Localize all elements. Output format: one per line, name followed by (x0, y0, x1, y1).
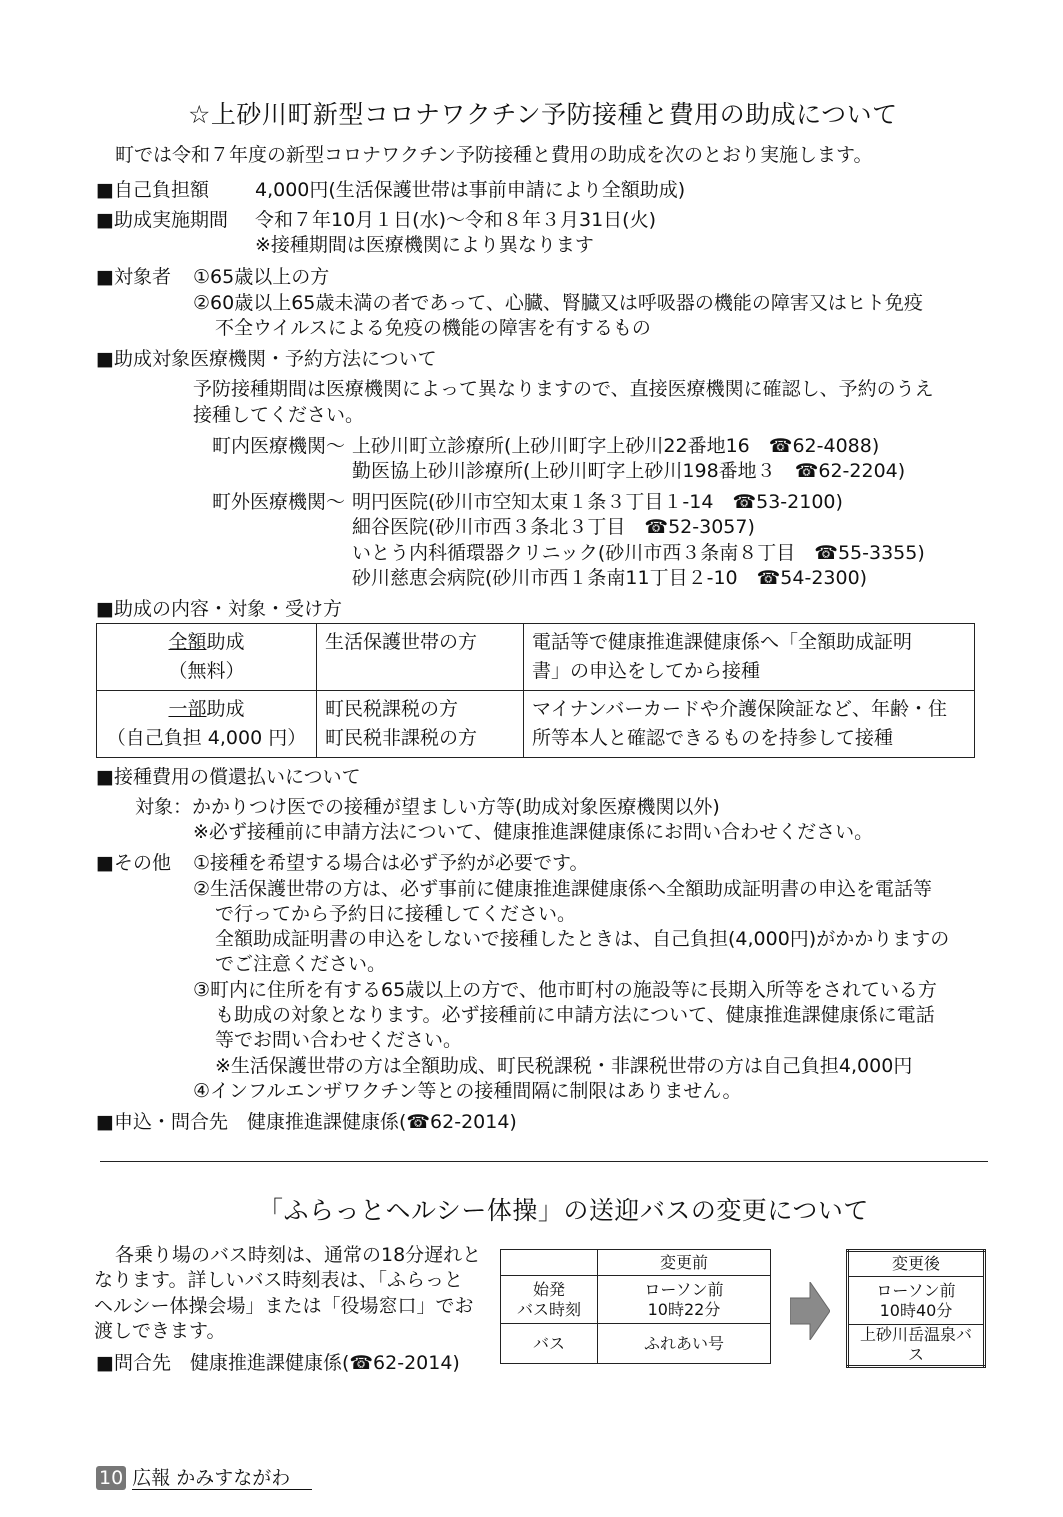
other-line: ※生活保護世帯の方は全額助成、町民税課税・非課税世帯の方は自己負担4,000円 (215, 1051, 912, 1078)
bus-title: 「ふらっとヘルシー体操」の送迎バスの変更について (258, 1191, 869, 1227)
phone-icon (769, 435, 793, 457)
phone-icon (795, 460, 819, 482)
institution-item: 細谷医院(砂川市西３条北３丁目 52-3057) (352, 512, 755, 539)
phone-icon (757, 567, 781, 589)
period-note: ※接種期間は医療機関により異なります (255, 230, 594, 257)
after-bus: 上砂川岳温泉バス (848, 1325, 985, 1367)
institution-item: いとう内科循環器クリニック(砂川市西３条南８丁目 55-3355) (352, 538, 925, 565)
other-line: でご注意ください。 (215, 949, 386, 976)
reimburse-note: ※必ず接種前に申請方法について、健康推進課健康係にお問い合わせください。 (193, 817, 873, 844)
table-row: 始発バス時刻 ローソン前10時22分 (501, 1276, 771, 1324)
aid-who-cell: 町民税課税の方町民税非課税の方 (317, 691, 524, 758)
before-time: ローソン前10時22分 (598, 1276, 771, 1324)
cost-value: 4,000円(生活保護世帯は事前申請により全額助成) (255, 175, 685, 202)
vaccine-contact: 申込・問合先 健康推進課健康係(62-2014) (96, 1107, 517, 1134)
vaccine-intro: 町では令和７年度の新型コロナワクチン予防接種と費用の助成を次のとおり実施します。 (115, 140, 873, 167)
other-line: ④インフルエンザワクチン等との接種間隔に制限はありません。 (193, 1076, 741, 1103)
publication-name: 広報 かみすながわ (132, 1467, 312, 1490)
institution-item: 勤医協上砂川診療所(上砂川町字上砂川198番地３ 62-2204) (352, 456, 905, 483)
table-row: ローソン前10時40分 (848, 1277, 985, 1325)
phone-icon (732, 491, 756, 513)
cost-label: 自己負担額 (96, 175, 209, 202)
other-line: で行ってから予約日に接種してください。 (215, 899, 576, 926)
reimburse-target: 対象：かかりつけ医での接種が望ましい方等(助成対象医療機関以外) (135, 792, 720, 819)
row-label: 始発バス時刻 (501, 1276, 598, 1324)
page-number: 10 (96, 1466, 126, 1490)
other-line: ①接種を希望する場合は必ず予約が必要です。 (193, 848, 589, 875)
institution-item: 上砂川町立診療所(上砂川町字上砂川22番地16 62-4088) (352, 431, 879, 458)
period-label: 助成実施期間 (96, 205, 228, 232)
aid-type-cell: 全額助成 （無料） (97, 624, 317, 691)
phone-icon (406, 1111, 430, 1133)
table-row: 一部助成 （自己負担 4,000 円） 町民税課税の方町民税非課税の方 マイナン… (97, 691, 975, 758)
aid-table-heading: 助成の内容・対象・受け方 (96, 594, 342, 621)
period-value: 令和７年10月１日(水)～令和８年３月31日(火) (255, 205, 656, 232)
before-header: 変更前 (598, 1250, 771, 1276)
after-header: 変更後 (848, 1251, 985, 1277)
row-label: バス (501, 1324, 598, 1364)
aid-how-cell: マイナンバーカードや介護保険証など、年齢・住所等本人と確認できるものを持参して接… (524, 691, 975, 758)
bus-text-line: 渡しできます。 (94, 1316, 225, 1343)
table-row: 変更後 (848, 1251, 985, 1277)
before-bus: ふれあい号 (598, 1324, 771, 1364)
target-item-1: ①65歳以上の方 (193, 262, 329, 289)
bus-text-line: 各乗り場のバス時刻は、通常の18分遅れと (115, 1240, 481, 1267)
institutions-heading: 助成対象医療機関・予約方法について (96, 344, 437, 371)
other-line: 等でお問い合わせください。 (215, 1025, 462, 1052)
other-label: その他 (96, 848, 171, 875)
reimburse-heading: 接種費用の償還払いについて (96, 762, 361, 789)
empty-cell (501, 1250, 598, 1276)
other-line: ②生活保護世帯の方は、必ず事前に健康推進課健康係へ全額助成証明書の申込を電話等 (193, 874, 932, 901)
target-label: 対象者 (96, 262, 171, 289)
table-row: バス ふれあい号 (501, 1324, 771, 1364)
page-footer: 10 広報 かみすながわ (96, 1466, 312, 1490)
aid-type-cell: 一部助成 （自己負担 4,000 円） (97, 691, 317, 758)
institutions-desc-1: 予防接種期間は医療機関によって異なりますので、直接医療機関に確認し、予約のうえ (193, 374, 934, 401)
institutions-desc-2: 接種してください。 (193, 400, 364, 427)
aid-who-cell: 生活保護世帯の方 (317, 624, 524, 691)
aid-how-cell: 電話等で健康推進課健康係へ「全額助成証明書」の申込をしてから接種 (524, 624, 975, 691)
table-row: 上砂川岳温泉バス (848, 1325, 985, 1367)
bus-before-table: 変更前 始発バス時刻 ローソン前10時22分 バス ふれあい号 (500, 1249, 771, 1364)
bus-text-line: なります。詳しいバス時刻表は、「ふらっと (94, 1265, 463, 1292)
target-item-2: ②60歳以上65歳未満の者であって、心臓、腎臓又は呼吸器の機能の障害又はヒト免疫 (193, 288, 923, 315)
other-line: も助成の対象となります。必ず接種前に申請方法について、健康推進課健康係に電話 (215, 1000, 935, 1027)
other-line: 全額助成証明書の申込をしないで接種したときは、自己負担(4,000円)がかかりま… (215, 924, 949, 951)
table-row: 全額助成 （無料） 生活保護世帯の方 電話等で健康推進課健康係へ「全額助成証明書… (97, 624, 975, 691)
institution-item: 明円医院(砂川市空知太東１条３丁目１-14 53-2100) (352, 487, 843, 514)
after-time: ローソン前10時40分 (848, 1277, 985, 1325)
phone-icon (644, 516, 668, 538)
vaccine-title: ☆上砂川町新型コロナワクチン予防接種と費用の助成について (188, 95, 898, 131)
phone-icon (349, 1352, 373, 1374)
bus-after-table: 変更後 ローソン前10時40分 上砂川岳温泉バス (846, 1249, 986, 1368)
bus-text-line: ヘルシー体操会場」または「役場窓口」でお (94, 1291, 474, 1318)
institution-item: 砂川慈恵会病院(砂川市西１条南11丁目２-10 54-2300) (352, 563, 867, 590)
other-line: ③町内に住所を有する65歳以上の方で、他市町村の施設等に長期入所等をされている方 (193, 975, 937, 1002)
bus-contact: 問合先 健康推進課健康係(62-2014) (96, 1348, 460, 1375)
phone-icon (814, 542, 838, 564)
section-divider (100, 1161, 988, 1162)
target-item-2-cont: 不全ウイルスによる免疫の機能の障害を有するもの (215, 313, 651, 340)
inside-institutions-label: 町内医療機関～ (212, 431, 345, 458)
table-row: 変更前 (501, 1250, 771, 1276)
outside-institutions-label: 町外医療機関～ (212, 487, 345, 514)
arrow-right-icon (790, 1282, 830, 1340)
aid-table: 全額助成 （無料） 生活保護世帯の方 電話等で健康推進課健康係へ「全額助成証明書… (96, 623, 975, 758)
